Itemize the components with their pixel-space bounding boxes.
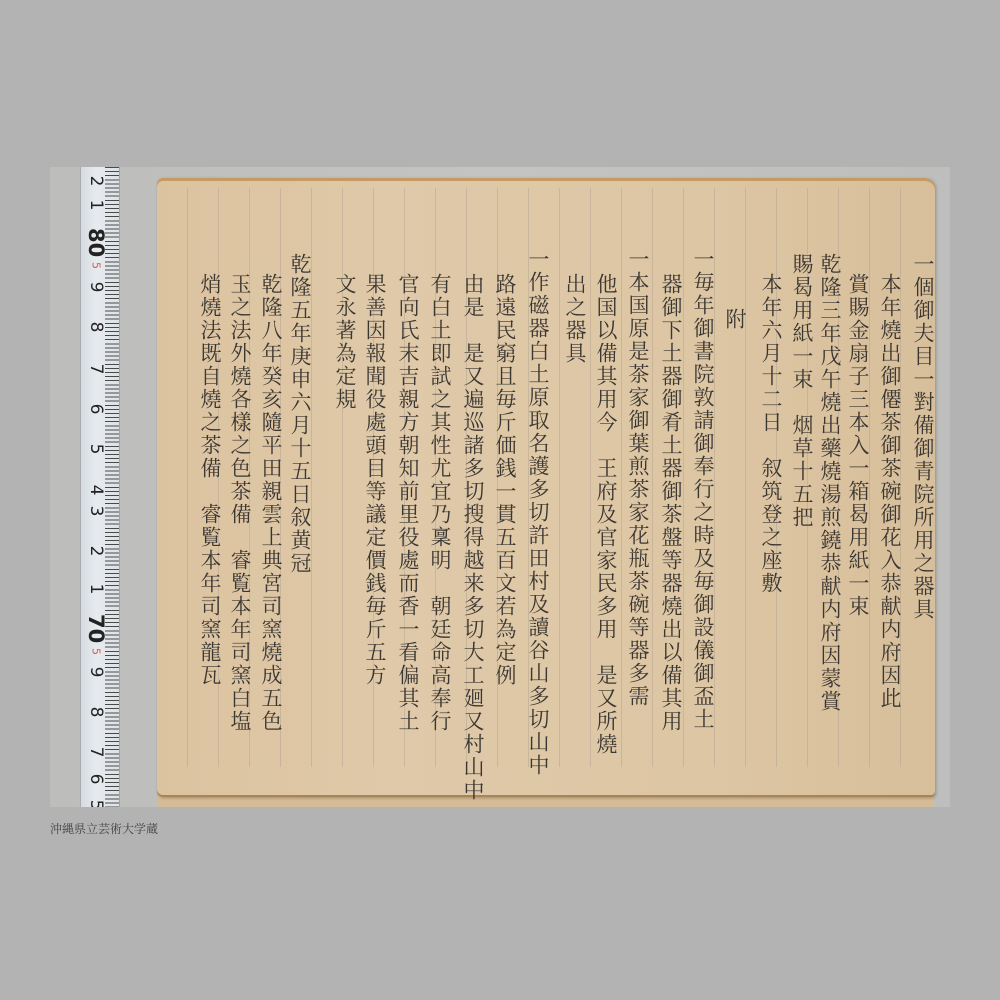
collection-caption: 沖縄県立芸術大学蔵: [50, 820, 158, 837]
text-column: 乾隆五年庚申六月十五日叙黄冠: [289, 253, 310, 575]
ruler-label: 2: [86, 170, 106, 192]
text-column: 有白土即試之其性尤宜乃稟明 朝廷命高奉行: [429, 273, 450, 733]
text-column: 本年燒出御僊茶御茶碗御花入恭献内府因此: [879, 273, 900, 710]
text-column: 路遠民窮且毎斤価銭一貫五百文若為定例: [494, 273, 515, 687]
text-column: 乾隆三年戊午燒出藥燒湯煎鐃恭献内府因蒙賞: [819, 253, 840, 713]
ruled-line: [590, 188, 591, 767]
ruled-line: [652, 188, 653, 767]
text-column: 焇燒法既自燒之茶備 睿覧本年司窯龍瓦: [199, 273, 220, 687]
ruler-label: 7: [86, 741, 106, 763]
ruled-line: [621, 188, 622, 767]
text-column: 一個御夫目一對備御青院所用之器具: [912, 253, 933, 621]
ruler-label: 6: [86, 768, 106, 790]
ruler-label: 8: [86, 316, 106, 338]
manuscript-page: 一個御夫目一對備御青院所用之器具本年燒出御僊茶御茶碗御花入恭献内府因此賞賜金扇子…: [157, 178, 935, 797]
text-column: 他国以備其用今 王府及官家民多用 是又所燒: [595, 273, 616, 756]
ruler-label: 5: [90, 641, 103, 663]
ruler-label: 70: [84, 614, 108, 636]
ruler-label: 2: [86, 540, 106, 562]
ruler-label: 5: [86, 794, 106, 807]
text-column: 玉之法外燒各樣之色茶備 睿覧本年司窯白塩: [229, 273, 250, 733]
ruler-label: 4: [86, 479, 106, 501]
ruler-label: 5: [86, 438, 106, 460]
ruled-line: [683, 188, 684, 767]
ruler-label: 7: [86, 358, 106, 380]
ruler-label: 3: [86, 500, 106, 522]
text-column: 器御下土器御肴土器御茶盤等器燒出以備其用: [660, 273, 681, 733]
ruled-line: [559, 188, 560, 767]
text-column: 文永著為定規: [334, 273, 355, 411]
ruler-ticks: [105, 167, 119, 807]
manuscript-photo: 2180598765432170598765 一個御夫目一對備御青院所用之器具本…: [50, 167, 950, 807]
text-column: 一作磁器白土原取名護多切許田村及讀谷山多切山中: [527, 248, 548, 777]
ruler-label: 5: [90, 255, 103, 277]
ruler-label: 9: [86, 276, 106, 298]
ruler-label: 8: [86, 701, 106, 723]
ruled-line: [745, 188, 746, 767]
ruler-label: 1: [86, 578, 106, 600]
text-column: 附: [724, 308, 745, 331]
measuring-ruler: 2180598765432170598765: [80, 167, 120, 807]
text-column: 出之器具: [564, 273, 585, 365]
ruler-label: 1: [86, 194, 106, 216]
ruled-line: [187, 188, 188, 767]
ruler-label: 9: [86, 661, 106, 683]
text-column: 由是 是又遍巡諸多切搜得越来多切大工廻又村山中: [462, 273, 483, 802]
text-column: 賜曷用紙一束 烟草十五把: [791, 253, 812, 529]
text-column: 賞賜金扇子三本入一箱曷用紙一束: [847, 273, 868, 618]
text-column: 官向氏末吉親方朝知前里役處而香一看偏其土: [397, 273, 418, 733]
ruler-label: 80: [84, 228, 108, 250]
text-column: 乾隆八年癸亥隨平田親雲上典宮司窯燒成五色: [260, 273, 281, 733]
text-column: 一本国原是茶家御葉煎茶家花瓶茶碗等器多需: [627, 248, 648, 708]
text-column: 本年六月十二日 叙筑登之座敷: [760, 273, 781, 595]
ruler-label: 6: [86, 398, 106, 420]
text-column: 果善因報聞役處頭目等議定價銭毎斤五方: [364, 273, 385, 687]
text-column: 一毎年御書院敦請御奉行之時及毎御設儀御盃土: [692, 248, 713, 731]
